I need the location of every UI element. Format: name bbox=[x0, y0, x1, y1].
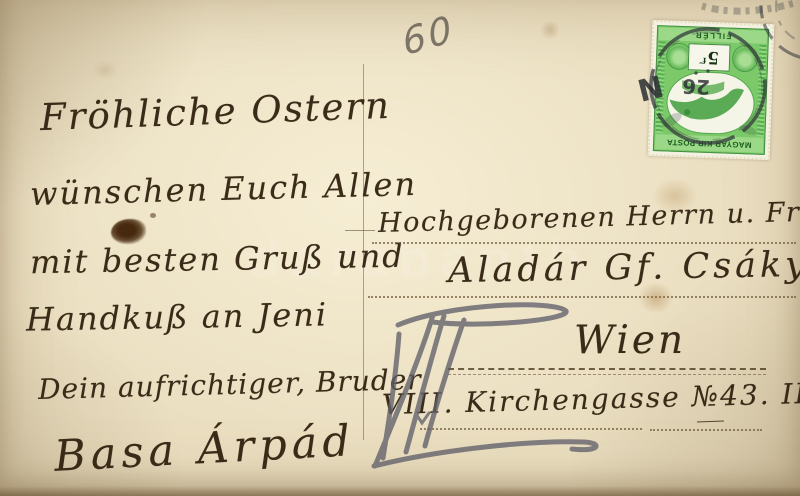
stamp-denomination-suffix: f″ bbox=[699, 56, 706, 66]
message-line-3: mit besten Gruß und bbox=[30, 237, 405, 282]
stamp-value-tablet: 5 f″ bbox=[688, 43, 731, 71]
stamp-right-pillar bbox=[655, 41, 665, 133]
address-city: Wien bbox=[574, 318, 686, 363]
address-rule-1 bbox=[372, 242, 796, 244]
stamp-unit-band: FILLÉR bbox=[659, 27, 767, 44]
stamp-center-vignette bbox=[665, 70, 755, 135]
message-line-1: Fröhliche Ostern bbox=[39, 84, 391, 139]
ink-blot bbox=[111, 219, 146, 244]
corner-postmark-inner bbox=[776, 0, 800, 44]
stamp-country-band: MAGYAR KIR.POSTA bbox=[655, 134, 763, 153]
address-rule-2 bbox=[368, 296, 796, 298]
turul-bird-icon bbox=[665, 70, 754, 134]
message-line-2: wünschen Euch Allen bbox=[30, 165, 418, 213]
stamp-denomination: 5 bbox=[707, 47, 720, 67]
address-rule-street-a bbox=[420, 428, 642, 430]
postcard-back: darabanth 60 Fröhliche Ostern wünschen E… bbox=[0, 0, 800, 496]
message-line-5: Dein aufrichtiger, Bruder bbox=[38, 363, 422, 406]
divider-tick-mark bbox=[345, 230, 375, 231]
paper-stain-2 bbox=[638, 282, 674, 314]
address-recipient-line-2: Aladár Gf. Csáky bbox=[448, 245, 800, 291]
pencil-number-note: 60 bbox=[399, 7, 458, 64]
paper-stain-3 bbox=[540, 20, 560, 40]
floor-number-underline bbox=[697, 421, 724, 423]
address-rule-city bbox=[448, 368, 766, 375]
address-rule-street-b bbox=[650, 429, 762, 431]
signature: Basa Árpád bbox=[53, 416, 356, 482]
postmark-smudge-top bbox=[702, 2, 798, 11]
stamp-left-scroll bbox=[732, 45, 759, 73]
scan-edge-shadow bbox=[0, 486, 800, 496]
ink-speck bbox=[150, 213, 156, 218]
address-street: VIII. Kirchengasse №43. II H. bbox=[382, 376, 800, 421]
paper-stain-1 bbox=[652, 178, 698, 214]
postage-stamp: MAGYAR KIR.POSTA 5 f″ FILLÉR bbox=[648, 20, 775, 160]
address-recipient-line-1: Hochgeborenen Herrn u. Frau bbox=[378, 196, 800, 239]
stamp-design: MAGYAR KIR.POSTA 5 f″ FILLÉR bbox=[653, 25, 769, 155]
message-line-4: Handkuß an Jeni bbox=[26, 295, 329, 338]
paper-stain-4 bbox=[92, 60, 118, 80]
